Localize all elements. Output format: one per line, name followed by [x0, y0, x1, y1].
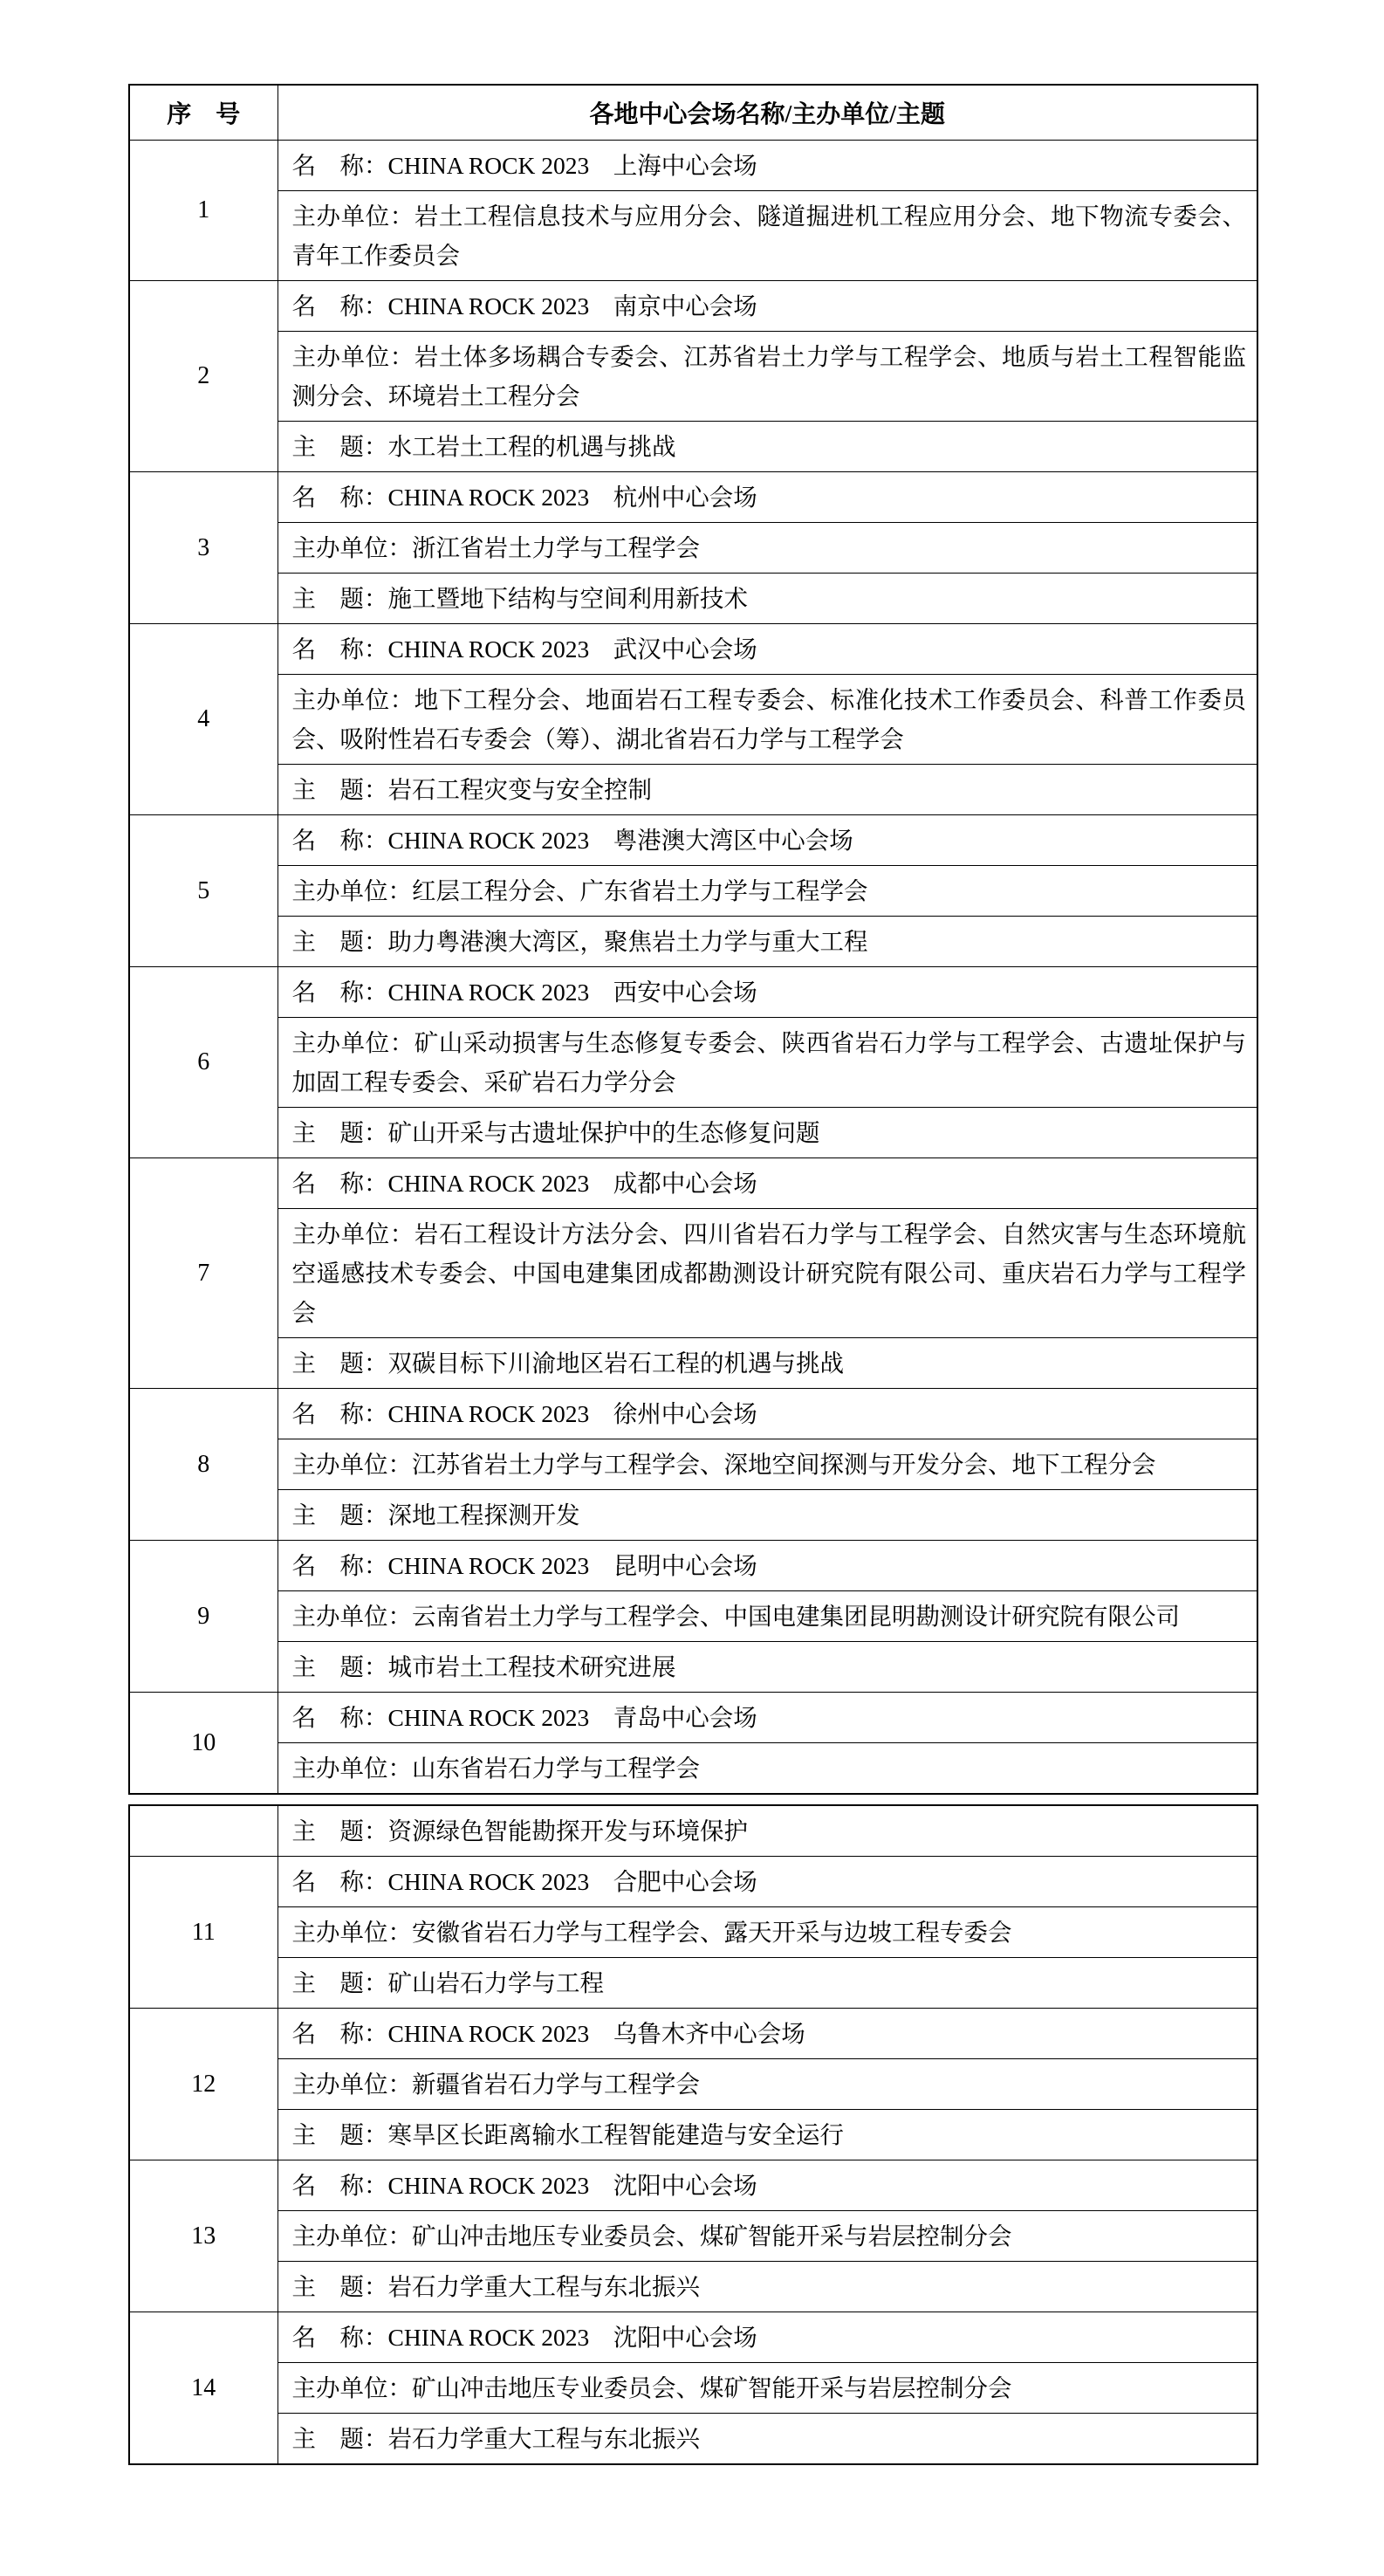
table-row: 主办单位：安徽省岩石力学与工程学会、露天开采与边坡工程专委会 — [129, 1907, 1257, 1958]
venue-info-cell: 主 题：寒旱区长距离输水工程智能建造与安全运行 — [277, 2110, 1257, 2160]
header-cell-number: 序 号 — [129, 85, 277, 141]
venue-info-cell: 主办单位：矿山冲击地压专业委员会、煤矿智能开采与岩层控制分会 — [277, 2211, 1257, 2262]
table-row: 主办单位：云南省岩土力学与工程学会、中国电建集团昆明勘测设计研究院有限公司 — [129, 1591, 1257, 1642]
row-number-cell: 2 — [129, 281, 277, 472]
table-row: 8名 称：CHINA ROCK 2023 徐州中心会场 — [129, 1389, 1257, 1439]
venue-info-cell: 主 题：岩石力学重大工程与东北振兴 — [277, 2414, 1257, 2465]
venue-info-cell: 主 题：城市岩土工程技术研究进展 — [277, 1642, 1257, 1693]
venue-info-cell: 主办单位：安徽省岩石力学与工程学会、露天开采与边坡工程专委会 — [277, 1907, 1257, 1958]
table-header-row: 序 号 各地中心会场名称/主办单位/主题 — [129, 85, 1257, 141]
venue-info-cell: 名 称：CHINA ROCK 2023 成都中心会场 — [277, 1158, 1257, 1209]
row-number-cell: 8 — [129, 1389, 277, 1541]
venue-info-cell: 主 题：施工暨地下结构与空间利用新技术 — [277, 574, 1257, 624]
table-row: 主 题：岩石力学重大工程与东北振兴 — [129, 2414, 1257, 2465]
venue-info-cell: 名 称：CHINA ROCK 2023 沈阳中心会场 — [277, 2312, 1257, 2363]
venue-info-cell: 主 题：助力粤港澳大湾区，聚焦岩土力学与重大工程 — [277, 917, 1257, 967]
table-row: 主办单位：地下工程分会、地面岩石工程专委会、标准化技术工作委员会、科普工作委员会… — [129, 675, 1257, 765]
venues-table-part-1: 序 号 各地中心会场名称/主办单位/主题 1名 称：CHINA ROCK 202… — [128, 84, 1258, 1795]
row-number-cell: 9 — [129, 1541, 277, 1693]
venue-info-cell: 主办单位：山东省岩石力学与工程学会 — [277, 1743, 1257, 1795]
venue-info-cell: 主办单位：新疆省岩石力学与工程学会 — [277, 2059, 1257, 2110]
row-number-cell: 3 — [129, 472, 277, 624]
venue-info-cell: 名 称：CHINA ROCK 2023 合肥中心会场 — [277, 1857, 1257, 1907]
table-row: 主 题：施工暨地下结构与空间利用新技术 — [129, 574, 1257, 624]
table-row: 主 题：资源绿色智能勘探开发与环境保护 — [129, 1805, 1257, 1857]
venue-info-cell: 主 题：岩石工程灾变与安全控制 — [277, 765, 1257, 815]
venue-info-cell: 主办单位：岩土工程信息技术与应用分会、隧道掘进机工程应用分会、地下物流专委会、青… — [277, 191, 1257, 281]
venue-info-cell: 名 称：CHINA ROCK 2023 武汉中心会场 — [277, 624, 1257, 675]
table-row: 4名 称：CHINA ROCK 2023 武汉中心会场 — [129, 624, 1257, 675]
table-row: 1名 称：CHINA ROCK 2023 上海中心会场 — [129, 141, 1257, 191]
table-row: 主 题：矿山岩石力学与工程 — [129, 1958, 1257, 2009]
venue-info-cell: 主办单位：岩土体多场耦合专委会、江苏省岩土力学与工程学会、地质与岩土工程智能监测… — [277, 332, 1257, 422]
table-row: 6名 称：CHINA ROCK 2023 西安中心会场 — [129, 967, 1257, 1018]
venue-info-cell: 名 称：CHINA ROCK 2023 昆明中心会场 — [277, 1541, 1257, 1591]
venue-info-cell: 主办单位：矿山冲击地压专业委员会、煤矿智能开采与岩层控制分会 — [277, 2363, 1257, 2414]
venue-info-cell: 名 称：CHINA ROCK 2023 粤港澳大湾区中心会场 — [277, 815, 1257, 866]
table-row: 主办单位：浙江省岩土力学与工程学会 — [129, 523, 1257, 574]
table-row: 主办单位：岩土体多场耦合专委会、江苏省岩土力学与工程学会、地质与岩土工程智能监测… — [129, 332, 1257, 422]
venue-info-cell: 主办单位：矿山采动损害与生态修复专委会、陕西省岩石力学与工程学会、古遗址保护与加… — [277, 1018, 1257, 1108]
venue-info-cell: 主 题：水工岩土工程的机遇与挑战 — [277, 422, 1257, 472]
table-row: 主 题：岩石力学重大工程与东北振兴 — [129, 2262, 1257, 2312]
table-row: 3名 称：CHINA ROCK 2023 杭州中心会场 — [129, 472, 1257, 523]
venue-info-cell: 名 称：CHINA ROCK 2023 上海中心会场 — [277, 141, 1257, 191]
row-number-cell: 14 — [129, 2312, 277, 2465]
venues-table-part-2: 主 题：资源绿色智能勘探开发与环境保护11名 称：CHINA ROCK 2023… — [128, 1804, 1258, 2465]
table-row: 主办单位：矿山冲击地压专业委员会、煤矿智能开采与岩层控制分会 — [129, 2211, 1257, 2262]
table-row: 14名 称：CHINA ROCK 2023 沈阳中心会场 — [129, 2312, 1257, 2363]
table-row: 11名 称：CHINA ROCK 2023 合肥中心会场 — [129, 1857, 1257, 1907]
row-number-cell: 13 — [129, 2160, 277, 2312]
table-row: 主办单位：矿山采动损害与生态修复专委会、陕西省岩石力学与工程学会、古遗址保护与加… — [129, 1018, 1257, 1108]
venue-info-cell: 主 题：岩石力学重大工程与东北振兴 — [277, 2262, 1257, 2312]
row-number-cell: 4 — [129, 624, 277, 815]
venue-info-cell: 主办单位：岩石工程设计方法分会、四川省岩石力学与工程学会、自然灾害与生态环境航空… — [277, 1209, 1257, 1338]
table-row: 主办单位：山东省岩石力学与工程学会 — [129, 1743, 1257, 1795]
table-row: 主办单位：岩石工程设计方法分会、四川省岩石力学与工程学会、自然灾害与生态环境航空… — [129, 1209, 1257, 1338]
table-row: 12名 称：CHINA ROCK 2023 乌鲁木齐中心会场 — [129, 2009, 1257, 2059]
venue-info-cell: 主办单位：地下工程分会、地面岩石工程专委会、标准化技术工作委员会、科普工作委员会… — [277, 675, 1257, 765]
table-row: 主办单位：红层工程分会、广东省岩土力学与工程学会 — [129, 866, 1257, 917]
document-page: 序 号 各地中心会场名称/主办单位/主题 1名 称：CHINA ROCK 202… — [0, 0, 1384, 2576]
table-row: 主 题：岩石工程灾变与安全控制 — [129, 765, 1257, 815]
table-row: 主办单位：岩土工程信息技术与应用分会、隧道掘进机工程应用分会、地下物流专委会、青… — [129, 191, 1257, 281]
table-row: 13名 称：CHINA ROCK 2023 沈阳中心会场 — [129, 2160, 1257, 2211]
venue-info-cell: 主办单位：江苏省岩土力学与工程学会、深地空间探测与开发分会、地下工程分会 — [277, 1439, 1257, 1490]
venue-info-cell: 主办单位：红层工程分会、广东省岩土力学与工程学会 — [277, 866, 1257, 917]
header-cell-main: 各地中心会场名称/主办单位/主题 — [277, 85, 1257, 141]
table-row: 主办单位：矿山冲击地压专业委员会、煤矿智能开采与岩层控制分会 — [129, 2363, 1257, 2414]
row-number-cell: 11 — [129, 1857, 277, 2009]
table-row: 9名 称：CHINA ROCK 2023 昆明中心会场 — [129, 1541, 1257, 1591]
table-row: 主 题：城市岩土工程技术研究进展 — [129, 1642, 1257, 1693]
table-row: 主 题：矿山开采与古遗址保护中的生态修复问题 — [129, 1108, 1257, 1158]
table-row: 主 题：深地工程探测开发 — [129, 1490, 1257, 1541]
table-row: 5名 称：CHINA ROCK 2023 粤港澳大湾区中心会场 — [129, 815, 1257, 866]
table-row: 主 题：水工岩土工程的机遇与挑战 — [129, 422, 1257, 472]
venue-info-cell: 名 称：CHINA ROCK 2023 沈阳中心会场 — [277, 2160, 1257, 2211]
row-number-cell: 7 — [129, 1158, 277, 1389]
row-number-cell: 12 — [129, 2009, 277, 2160]
row-number-cell: 1 — [129, 141, 277, 281]
venue-info-cell: 主 题：深地工程探测开发 — [277, 1490, 1257, 1541]
table-row: 7名 称：CHINA ROCK 2023 成都中心会场 — [129, 1158, 1257, 1209]
row-number-cell: 6 — [129, 967, 277, 1158]
venue-info-cell: 主 题：矿山岩石力学与工程 — [277, 1958, 1257, 2009]
venue-info-cell: 主 题：资源绿色智能勘探开发与环境保护 — [277, 1805, 1257, 1857]
venue-info-cell: 名 称：CHINA ROCK 2023 徐州中心会场 — [277, 1389, 1257, 1439]
venue-info-cell: 主办单位：浙江省岩土力学与工程学会 — [277, 523, 1257, 574]
row-number-cell: 5 — [129, 815, 277, 967]
venue-info-cell: 主 题：矿山开采与古遗址保护中的生态修复问题 — [277, 1108, 1257, 1158]
venue-info-cell: 名 称：CHINA ROCK 2023 南京中心会场 — [277, 281, 1257, 332]
venue-info-cell: 主办单位：云南省岩土力学与工程学会、中国电建集团昆明勘测设计研究院有限公司 — [277, 1591, 1257, 1642]
table-row: 2名 称：CHINA ROCK 2023 南京中心会场 — [129, 281, 1257, 332]
table-row: 主办单位：新疆省岩石力学与工程学会 — [129, 2059, 1257, 2110]
table-row: 主 题：双碳目标下川渝地区岩石工程的机遇与挑战 — [129, 1338, 1257, 1389]
table-row: 主 题：助力粤港澳大湾区，聚焦岩土力学与重大工程 — [129, 917, 1257, 967]
row-number-cell — [129, 1805, 277, 1857]
venue-info-cell: 名 称：CHINA ROCK 2023 杭州中心会场 — [277, 472, 1257, 523]
venue-info-cell: 名 称：CHINA ROCK 2023 西安中心会场 — [277, 967, 1257, 1018]
table-row: 主办单位：江苏省岩土力学与工程学会、深地空间探测与开发分会、地下工程分会 — [129, 1439, 1257, 1490]
venue-info-cell: 名 称：CHINA ROCK 2023 青岛中心会场 — [277, 1693, 1257, 1743]
table-row: 10名 称：CHINA ROCK 2023 青岛中心会场 — [129, 1693, 1257, 1743]
table-row: 主 题：寒旱区长距离输水工程智能建造与安全运行 — [129, 2110, 1257, 2160]
venue-info-cell: 主 题：双碳目标下川渝地区岩石工程的机遇与挑战 — [277, 1338, 1257, 1389]
venue-info-cell: 名 称：CHINA ROCK 2023 乌鲁木齐中心会场 — [277, 2009, 1257, 2059]
row-number-cell: 10 — [129, 1693, 277, 1795]
